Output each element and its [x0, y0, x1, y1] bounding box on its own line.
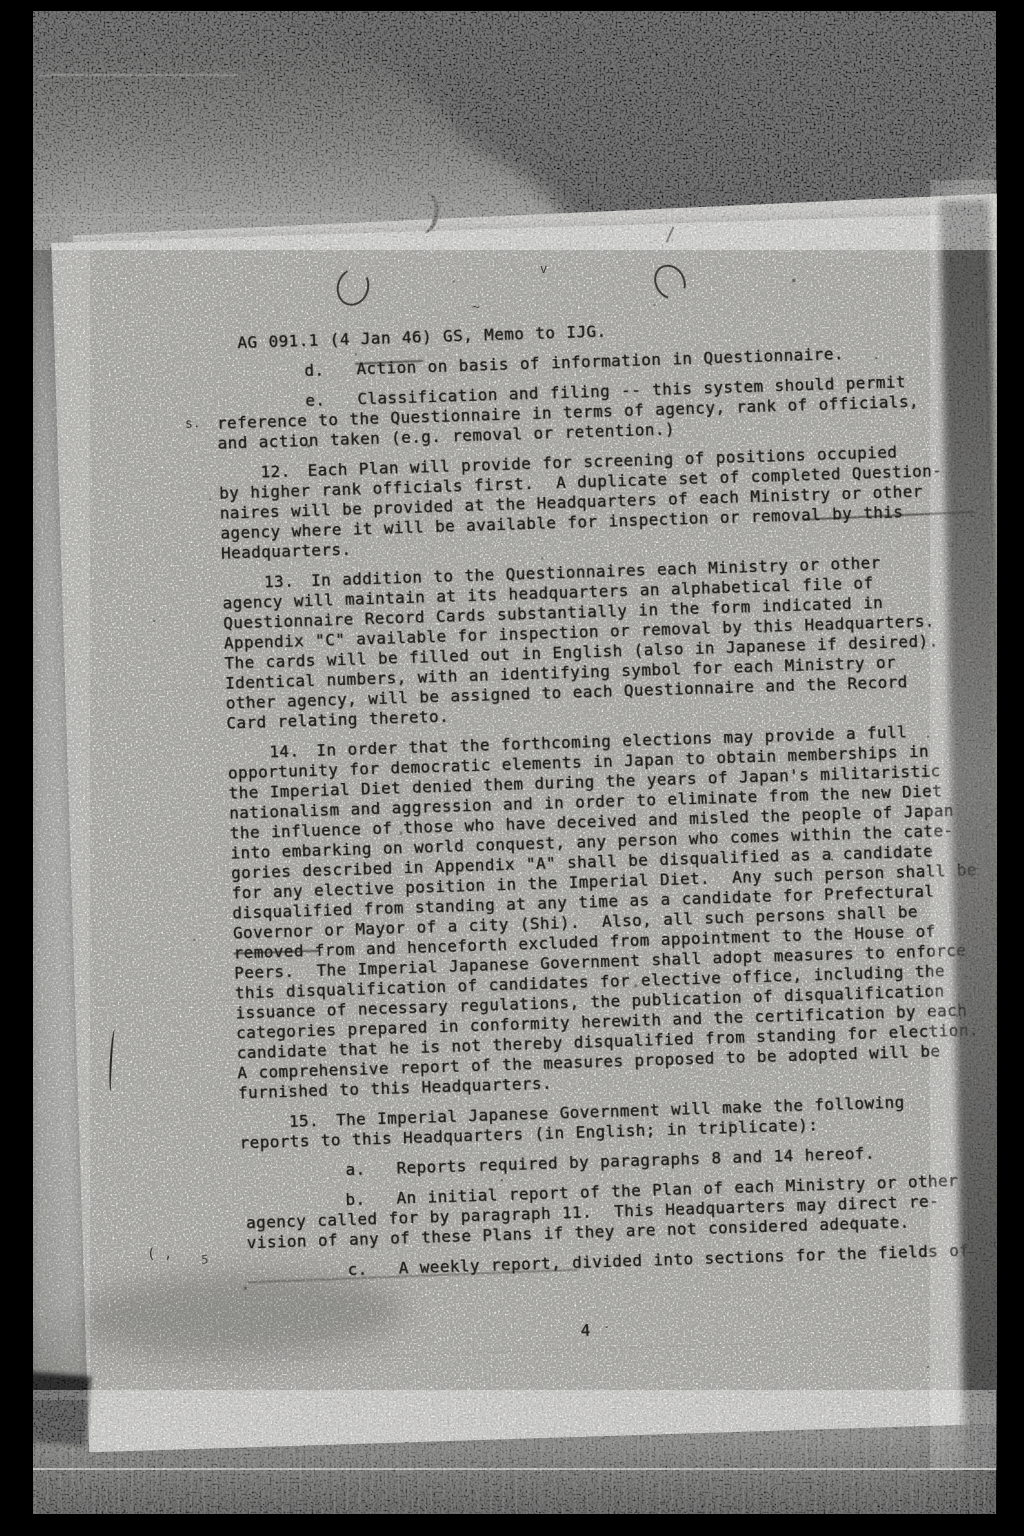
paragraph-12-number: 12. — [260, 462, 291, 482]
margin-stray-mark: 5 — [201, 1252, 209, 1266]
dust-specks — [82, 282, 84, 284]
tilde-mark: ~ — [472, 300, 480, 315]
frame-top — [0, 0, 1024, 11]
subitem-a-label: a. — [345, 1159, 366, 1179]
document-text: AG 091.1 (4 Jan 46) GS, Memo to IJG. d.A… — [214, 310, 1004, 1351]
margin-stray-mark: s. — [185, 416, 201, 431]
paper-sheet: AG 091.1 (4 Jan 46) GS, Memo to IJG. d.A… — [51, 214, 1019, 1453]
paragraph-14-number: 14. — [269, 741, 300, 761]
frame-right — [997, 0, 1024, 1536]
item-d-label: d. — [304, 360, 325, 380]
paragraph-13: 13.In addition to the Questionnaires eac… — [222, 550, 985, 734]
subitem-b: b.An initial report of the Plan of each … — [245, 1170, 1001, 1254]
paragraph-13-number: 13. — [264, 571, 295, 591]
bottom-left-notch — [24, 1372, 91, 1446]
subitem-b-label: b. — [345, 1190, 366, 1210]
item-e-label: e. — [305, 390, 326, 410]
bottom-left-smudge — [74, 1267, 407, 1362]
paragraph-14: 14.In order that the forthcoming electio… — [227, 720, 996, 1104]
check-mark: v — [540, 262, 547, 276]
frame-left — [0, 0, 33, 1536]
handwritten-stroke — [108, 1029, 117, 1091]
scratch-band — [30, 1398, 996, 1520]
paragraph-12: 12.Each Plan will provide for screening … — [218, 440, 979, 564]
paragraph-15-number: 15. — [289, 1111, 320, 1131]
frame-bottom — [0, 1514, 1024, 1536]
white-scratch-line — [30, 1468, 996, 1470]
margin-stray-mark: ( , — [147, 1246, 173, 1263]
microfilm-scan-page: { "document": { "reference_line": "AG 09… — [0, 0, 1024, 1536]
item-e: e.Classification and filing -- this syst… — [216, 370, 976, 454]
